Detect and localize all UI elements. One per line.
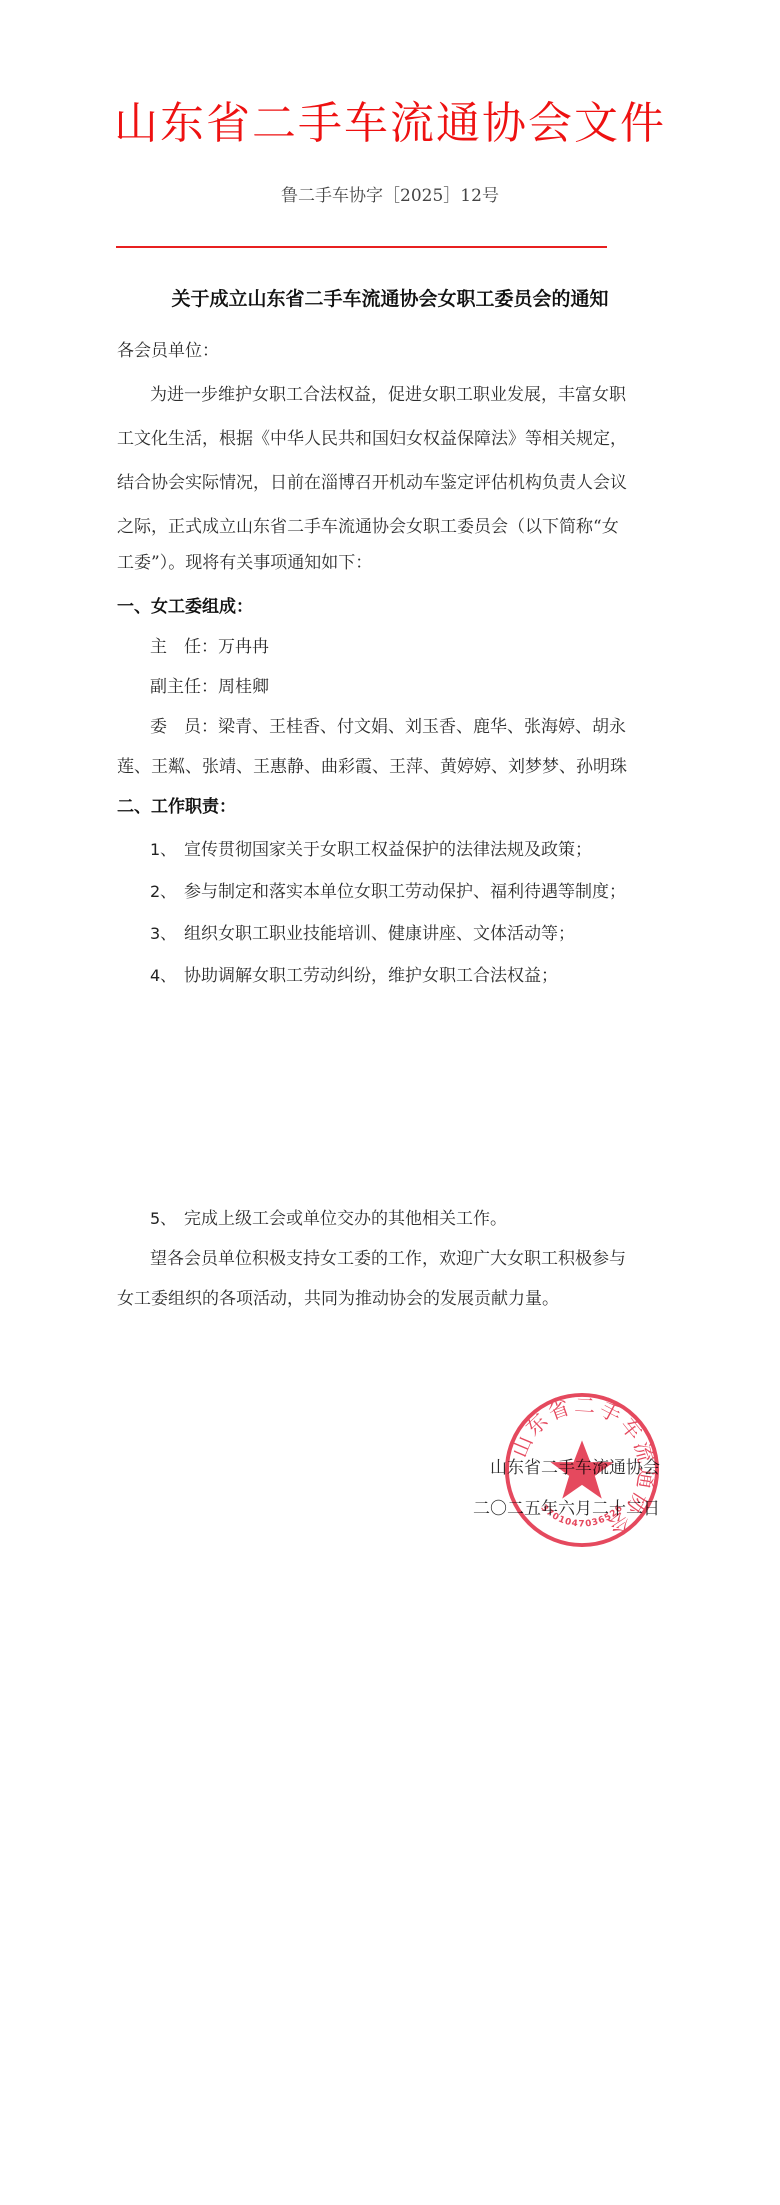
duty-text: 组织女职工职业技能培训、健康讲座、文体活动等；: [184, 924, 575, 944]
duty-text: 完成上级工会或单位交办的其他相关工作。: [184, 1209, 507, 1229]
document-number: 鲁二手车协字［2025］12号: [0, 184, 780, 208]
document-page: 山东省二手车流通协会文件 鲁二手车协字［2025］12号 关于成立山东省二手车流…: [0, 0, 780, 2205]
committee-vice-chair: 副主任：周桂卿: [150, 675, 640, 699]
duty-text: 参与制定和落实本单位女职工劳动保护、福利待遇等制度；: [184, 882, 626, 902]
duty-number: 4、: [150, 964, 184, 988]
document-header-title: 山东省二手车流通协会文件: [0, 96, 780, 152]
intro-line-1: 为进一步维护女职工合法权益，促进女职工职业发展，丰富女职: [150, 383, 607, 407]
committee-chair: 主 任：万冉冉: [150, 635, 640, 659]
committee-members-line-1: 委 员：梁青、王桂香、付文娟、刘玉香、鹿华、张海婷、胡永: [150, 715, 607, 739]
salutation: 各会员单位：: [117, 339, 607, 363]
duty-number: 3、: [150, 922, 184, 946]
intro-line-4: 之际，正式成立山东省二手车流通协会女职工委员会（以下简称“女: [117, 515, 607, 539]
intro-line-5: 工委”）。现将有关事项通知如下：: [117, 551, 607, 575]
duty-item-3: 3、组织女职工职业技能培训、健康讲座、文体活动等；: [150, 922, 575, 946]
duty-item-1: 1、宣传贯彻国家关于女职工权益保护的法律法规及政策；: [150, 838, 592, 862]
duty-text: 宣传贯彻国家关于女职工权益保护的法律法规及政策；: [184, 840, 592, 860]
section-heading-duties: 二、工作职责：: [117, 795, 607, 819]
intro-line-3: 结合协会实际情况，日前在淄博召开机动车鉴定评估机构负责人会议: [117, 471, 607, 495]
duty-number: 1、: [150, 838, 184, 862]
duty-item-2: 2、参与制定和落实本单位女职工劳动保护、福利待遇等制度；: [150, 880, 626, 904]
committee-members-line-2: 莲、王粼、张靖、王惠静、曲彩霞、王萍、黄婷婷、刘梦梦、孙明珠: [117, 755, 607, 779]
closing-line-1: 望各会员单位积极支持女工委的工作，欢迎广大女职工积极参与: [150, 1247, 607, 1271]
duty-item-4: 4、协助调解女职工劳动纠纷，维护女职工合法权益；: [150, 964, 558, 988]
section-heading-composition: 一、女工委组成：: [117, 595, 607, 619]
closing-line-2: 女工委组织的各项活动，共同为推动协会的发展贡献力量。: [117, 1287, 607, 1311]
duty-item-5: 5、完成上级工会或单位交办的其他相关工作。: [150, 1207, 507, 1231]
duty-text: 协助调解女职工劳动纠纷，维护女职工合法权益；: [184, 966, 558, 986]
intro-line-2: 工文化生活，根据《中华人民共和国妇女权益保障法》等相关规定，: [117, 427, 607, 451]
official-seal-stamp: 山东省二手车流通协会 3701047036526: [503, 1391, 661, 1549]
red-divider-line: [116, 246, 607, 248]
duty-number: 5、: [150, 1207, 184, 1231]
duty-number: 2、: [150, 880, 184, 904]
star-icon: [550, 1440, 613, 1498]
notice-title: 关于成立山东省二手车流通协会女职工委员会的通知: [0, 285, 780, 313]
